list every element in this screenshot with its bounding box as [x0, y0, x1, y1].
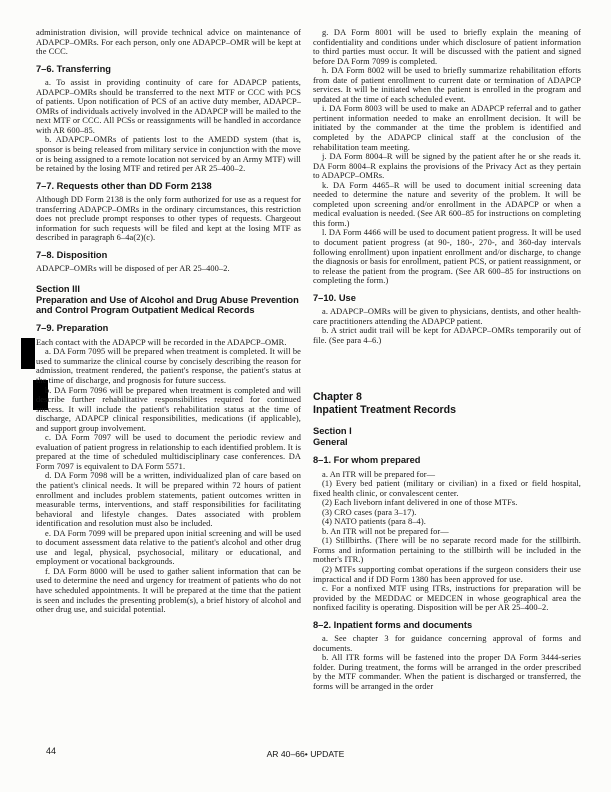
left-column: administration division, will provide te… [36, 28, 301, 692]
body-paragraph: i. DA Form 8003 will be used to make an … [313, 104, 581, 152]
paragraph-heading: 7–10. Use [313, 293, 581, 304]
body-paragraph: Although DD Form 2138 is the only form a… [36, 195, 301, 243]
body-paragraph: a. An ITR will be prepared for— [313, 470, 581, 480]
body-paragraph: b. An ITR will not be prepared for— [313, 527, 581, 537]
body-paragraph: administration division, will provide te… [36, 28, 301, 57]
body-paragraph: Each contact with the ADAPCP will be rec… [36, 338, 301, 348]
paragraph-heading: 8–2. Inpatient forms and documents [313, 620, 581, 631]
body-paragraph: a. To assist in providing continuity of … [36, 78, 301, 135]
section-heading: Section IIIPreparation and Use of Alcoho… [36, 284, 301, 316]
body-paragraph: l. DA Form 4466 will be used to document… [313, 228, 581, 285]
body-paragraph: b. ADAPCP–OMRs of patients lost to the A… [36, 135, 301, 173]
body-paragraph: a. See chapter 3 for guidance concerning… [313, 634, 581, 653]
body-paragraph: (4) NATO patients (para 8–4). [313, 517, 581, 527]
body-paragraph: b. DA Form 7096 will be prepared when tr… [36, 386, 301, 434]
paragraph-heading: 7–6. Transferring [36, 64, 301, 75]
body-paragraph: (1) Stillbirths. (There will be no separ… [313, 536, 581, 565]
paragraph-heading: 7–7. Requests other than DD Form 2138 [36, 181, 301, 192]
body-paragraph: f. DA Form 8000 will be used to gather s… [36, 567, 301, 615]
body-paragraph: c. DA Form 7097 will be used to document… [36, 433, 301, 471]
body-paragraph: a. DA Form 7095 will be prepared when tr… [36, 347, 301, 385]
document-page: administration division, will provide te… [0, 0, 611, 792]
chapter-heading: Chapter 8Inpatient Treatment Records [313, 391, 581, 416]
body-paragraph: (1) Every bed patient (military or civil… [313, 479, 581, 498]
right-column: g. DA Form 8001 will be used to briefly … [313, 28, 581, 692]
body-paragraph: h. DA Form 8002 will be used to briefly … [313, 66, 581, 104]
body-paragraph: a. ADAPCP–OMRs will be given to physicia… [313, 307, 581, 326]
body-paragraph: b. A strict audit trail will be kept for… [313, 326, 581, 345]
paragraph-heading: 7–9. Preparation [36, 323, 301, 334]
body-paragraph: c. For a nonfixed MTF using ITRs, instru… [313, 584, 581, 613]
body-paragraph: (3) CRO cases (para 3–17). [313, 508, 581, 518]
body-paragraph: (2) MTFs supporting combat operations if… [313, 565, 581, 584]
body-paragraph: e. DA Form 7099 will be prepared upon in… [36, 529, 301, 567]
paragraph-heading: 8–1. For whom prepared [313, 455, 581, 466]
body-paragraph: k. DA Form 4465–R will be used to docume… [313, 181, 581, 229]
body-paragraph: ADAPCP–OMRs will be disposed of per AR 2… [36, 264, 301, 274]
body-paragraph: g. DA Form 8001 will be used to briefly … [313, 28, 581, 66]
footer-running-title: AR 40–66• UPDATE [0, 749, 611, 759]
body-paragraph: (2) Each liveborn infant delivered in on… [313, 498, 581, 508]
body-paragraph: j. DA Form 8004–R will be signed by the … [313, 152, 581, 181]
paragraph-heading: 7–8. Disposition [36, 250, 301, 261]
page-body: administration division, will provide te… [36, 28, 581, 692]
body-paragraph: b. All ITR forms will be fastened into t… [313, 653, 581, 691]
change-bar [21, 338, 35, 369]
section-heading: Section IGeneral [313, 426, 581, 448]
body-paragraph: d. DA Form 7098 will be a written, indiv… [36, 471, 301, 528]
